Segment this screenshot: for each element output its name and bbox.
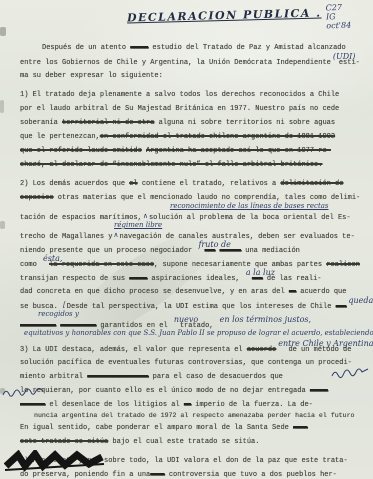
typed-line: En igual sentido, cabe ponderar el ampar… xyxy=(20,421,369,435)
margin-scribble-right xyxy=(330,366,370,382)
obliterated-text: ▬▬▬▬ xyxy=(293,424,307,432)
edge-smudge xyxy=(0,27,6,36)
typed-text: contiene el tratado, relativos a xyxy=(138,180,281,188)
struckthrough-text: chazó, al declarar de “insanablemente nu… xyxy=(20,161,322,169)
obliterated-text: ▬▬▬ xyxy=(336,303,347,311)
typed-line: este tratado se sitúa bajo el cual este … xyxy=(20,435,369,449)
struckthrough-text: delimitación de xyxy=(280,180,343,188)
typed-line: lo requieran, por cuanto ello es el únic… xyxy=(20,384,369,398)
typed-text: Después de un atento xyxy=(42,44,130,52)
obliterated-text: ▬▬▬▬▬▬▬▬▬▬▬▬▬▬▬▬▬ xyxy=(87,373,148,381)
handwritten-insertion: recogidos y xyxy=(36,311,79,318)
obliterated-text: ▬▬ xyxy=(184,401,191,409)
typed-text: aspiraciones ideales, xyxy=(147,275,244,283)
document-body: Después de un atento ▬▬▬▬▬ estudio del T… xyxy=(20,36,369,479)
typed-text: alguna ni sobre territorios ni sobre agu… xyxy=(154,119,335,127)
handwritten-line: equitativos y honorables con que S.S. Ju… xyxy=(20,330,369,337)
typed-text: lo requieran, por cuanto ello es el únic… xyxy=(20,387,310,395)
typed-line: por el laudo arbitral de Su Majestad Bri… xyxy=(20,102,369,116)
typed-text: nuncia argentina del tratado de 1972 al … xyxy=(34,412,355,419)
handwritten-insertion: (UDI) xyxy=(331,50,339,64)
handwritten-insertion: equitativos y honorables con que S.S. Ju… xyxy=(22,330,373,337)
typed-text: 2) Los demás acuerdos que xyxy=(20,180,129,188)
typed-line: que le pertenezcan,en conformidad el tra… xyxy=(20,130,369,144)
edge-smudge xyxy=(0,221,5,229)
typed-text: 3) La UDI destaca, además, el valor que … xyxy=(20,346,247,354)
handwritten-insertion: fruto de xyxy=(196,238,204,252)
typed-text: trecho de Magallanes y xyxy=(20,233,112,241)
typed-text: navegación de canales australes, deben s… xyxy=(120,233,355,241)
typed-text: bajo el cual este tratado se sitúa. xyxy=(108,438,259,446)
typed-text: ma su deber expresar lo siguiente: xyxy=(20,72,163,80)
obliterated-text: ▬▬▬▬▬ xyxy=(310,387,328,395)
corner-annotation-line: oct'84 xyxy=(326,21,351,31)
scanned-document-page: DECLARACION PUBLICA . C27IGoct'84 Despué… xyxy=(0,0,373,479)
edge-smudge xyxy=(0,100,4,113)
typed-text: para el caso de desacuerdos que xyxy=(148,373,282,381)
typed-text: entre los Gobiernos de Chile y Argentina… xyxy=(20,59,331,67)
struckthrough-text: Argentina ha aceptado así lo que en 1977… xyxy=(146,147,331,155)
typed-text: estudio del Tratado de Paz y Amistad alc… xyxy=(148,44,345,52)
typed-text: soberanía xyxy=(20,119,62,127)
typed-text: el desenlace de los litigios al xyxy=(45,401,184,409)
typed-line: transijan respecto de sus ▬▬▬▬▬ aspiraci… xyxy=(20,271,369,285)
handwritten-insertion: entre Chile y Argentina xyxy=(276,337,284,351)
handwritten-insertion: reconocimiento de las líneas de bases re… xyxy=(168,203,329,210)
margin-scribble-left xyxy=(1,386,45,400)
typed-line: como ésta,la requerida en este caso, sup… xyxy=(20,257,369,271)
typed-line: miento arbitral ▬▬▬▬▬▬▬▬▬▬▬▬▬▬▬▬▬ para e… xyxy=(20,370,369,384)
typed-text: como xyxy=(20,261,41,269)
struckthrough-text: este tratado se sitúa xyxy=(20,438,108,446)
typed-text: imperio de la fuerza. La de- xyxy=(191,401,313,409)
typed-text: , supone necesariamente que ambas partes xyxy=(154,261,326,269)
struckthrough-text: realicen xyxy=(326,261,360,269)
typed-text: solución pacífica de eventuales futuras … xyxy=(20,359,352,367)
handwritten-insertion: en los términos justos, xyxy=(218,313,226,327)
typed-line: nuncia argentina del tratado de 1972 al … xyxy=(20,410,369,421)
typed-text: que le pertenezcan, xyxy=(20,133,100,141)
typed-line: tación de espacios marítimos,∧solución a… xyxy=(20,210,369,224)
typed-text: transijan respecto de sus xyxy=(20,275,129,283)
handwritten-insertion: a la luz xyxy=(244,266,252,280)
struckthrough-text: el xyxy=(129,180,137,188)
typed-text: controversia que tuvo a dos pueblos her- xyxy=(165,471,337,479)
obliterated-text: ▬▬▬▬ xyxy=(150,471,164,479)
typed-line: que el referido laudo emitido Argentina … xyxy=(20,144,369,158)
struckthrough-text: que el referido laudo emitido xyxy=(20,147,142,155)
typed-line: 2) Los demás acuerdos que el contiene el… xyxy=(20,177,369,191)
typed-line: dad concreta en que dicho proceso se des… xyxy=(20,285,369,299)
document-title-handwritten: DECLARACION PUBLICA . xyxy=(127,6,322,24)
corner-annotation: C27IGoct'84 xyxy=(326,3,352,31)
obliterated-text: ▬▬▬▬▬ xyxy=(129,275,147,283)
obliterated-text: ▬▬▬▬▬ xyxy=(130,44,148,52)
typed-line: niendo presente que un proceso negociado… xyxy=(20,243,369,257)
typed-text: En igual sentido, cabe ponderar el ampar… xyxy=(20,424,293,432)
typed-line: chazó, al declarar de “insanablemente nu… xyxy=(20,158,369,172)
typed-text: dad concreta en que dicho proceso se des… xyxy=(20,288,289,296)
typed-text: una mediación xyxy=(241,247,300,255)
typed-line: soberanía territorial ni de otra alguna … xyxy=(20,116,369,130)
typed-text: miento arbitral xyxy=(20,373,87,381)
struckthrough-text: la requerida en este caso xyxy=(49,261,154,269)
handwritten-insertion: ∧ xyxy=(112,228,119,242)
typed-line: ma su deber expresar lo siguiente: xyxy=(20,69,369,83)
handwritten-insertion: nuevo xyxy=(172,313,180,327)
typed-line: Después de un atento ▬▬▬▬▬ estudio del T… xyxy=(20,41,369,55)
signature-scribble xyxy=(4,450,108,474)
typed-line: solución pacífica de eventuales futuras … xyxy=(20,356,369,370)
typed-text: acuerdo que xyxy=(296,288,346,296)
struckthrough-text: en conformidad el tratado chileno-argent… xyxy=(100,133,335,141)
typed-text: solución al problema de la boca oriental… xyxy=(149,214,351,222)
typed-text: por el laudo arbitral de Su Majestad Bri… xyxy=(20,105,339,113)
handwritten-insertion: quedan xyxy=(346,294,354,308)
struckthrough-text: acuerdo xyxy=(247,346,276,354)
typed-line: 3) La UDI destaca, además, el valor que … xyxy=(20,342,369,356)
typed-line: trecho de Magallanes y∧navegación de can… xyxy=(20,229,369,243)
handwritten-insertion: ésta, xyxy=(41,252,49,266)
typed-text: Desde tal perspectiva, la UDI estima que… xyxy=(67,303,336,311)
obliterated-text: ▬▬ xyxy=(289,288,296,296)
struckthrough-text: espacios xyxy=(20,194,54,202)
typed-line: 1) El tratado deja plenamente a salvo to… xyxy=(20,88,369,102)
typed-text: 1) El tratado deja plenamente a salvo to… xyxy=(20,91,339,99)
typed-line: entre los Gobiernos de Chile y Argentina… xyxy=(20,55,369,69)
struckthrough-text: territorial ni de otra xyxy=(62,119,154,127)
obliterated-text: ▬▬▬▬▬▬▬ xyxy=(20,401,45,409)
typed-text: otras materias que el mencionado laudo n… xyxy=(54,194,361,202)
